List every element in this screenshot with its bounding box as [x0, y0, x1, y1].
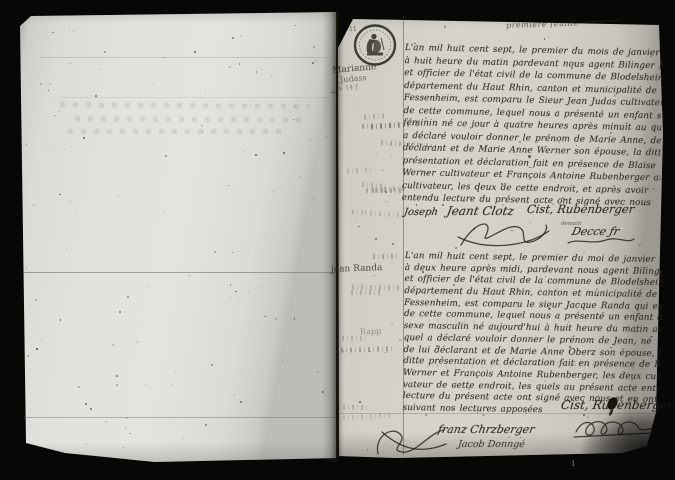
- bleed-smudge: [415, 291, 461, 296]
- paper-speck: [528, 155, 530, 157]
- paper-speck: [509, 267, 510, 268]
- signature: Jacob Donngé: [457, 439, 525, 450]
- paper-speck: [508, 436, 510, 438]
- signature-paraph: [372, 424, 450, 458]
- paper-speck: [482, 414, 484, 416]
- paper-speck: [584, 86, 585, 87]
- paper-speck: [313, 46, 315, 48]
- signature: Joseph: [403, 207, 438, 218]
- paper-speck: [454, 385, 456, 387]
- paper-speck: [271, 76, 272, 77]
- paper-speck: [399, 339, 400, 340]
- paper-speck: [232, 37, 234, 39]
- paper-speck: [596, 288, 598, 290]
- paper-speck: [229, 66, 231, 68]
- paper-speck: [545, 276, 546, 277]
- paper-speck: [49, 83, 51, 85]
- register-scan: 11 première feuille Marianne Judass № 14…: [0, 0, 675, 480]
- paper-speck: [559, 142, 560, 143]
- paper-speck: [390, 156, 391, 157]
- paper-speck: [473, 309, 474, 310]
- paper-speck: [614, 94, 616, 96]
- paper-speck: [67, 367, 68, 368]
- margin-note-act1: Marianne Judass № 14 ƒ: [332, 62, 378, 93]
- paper-speck: [431, 394, 432, 395]
- paper-speck: [322, 391, 324, 393]
- paper-speck: [425, 117, 427, 119]
- paper-speck: [639, 244, 641, 246]
- paper-speck: [525, 412, 527, 414]
- paper-speck: [385, 201, 386, 202]
- paper-speck: [382, 169, 384, 171]
- paper-speck: [653, 188, 654, 189]
- paper-speck: [129, 433, 130, 434]
- paper-speck: [375, 397, 376, 398]
- paper-speck: [315, 60, 316, 61]
- paper-speck: [458, 73, 459, 74]
- paper-speck: [59, 293, 60, 294]
- signature: Cist, Rubenberger: [526, 202, 635, 216]
- paper-speck: [283, 152, 285, 154]
- paper-speck: [50, 146, 51, 147]
- signature: franz Chrzberger: [437, 423, 536, 436]
- revenue-stamp-icon: [353, 24, 397, 66]
- paper-speck: [453, 284, 455, 286]
- paper-speck: [36, 348, 38, 350]
- fold-line: [24, 272, 336, 273]
- bleed-smudge: [343, 405, 370, 410]
- paper-speck: [471, 402, 472, 403]
- paper-speck: [335, 66, 337, 68]
- paper-speck: [240, 401, 242, 403]
- paper-speck: [568, 321, 569, 322]
- paper-speck: [392, 243, 394, 245]
- signature: Jeant Clotz: [446, 204, 515, 218]
- paper-speck: [477, 412, 478, 413]
- fold-line: [24, 417, 336, 418]
- paper-speck: [634, 97, 635, 98]
- paper-speck: [27, 355, 28, 356]
- paper-speck: [48, 90, 49, 91]
- paper-speck: [145, 384, 146, 385]
- paper-speck: [610, 132, 612, 134]
- paper-speck: [473, 228, 475, 230]
- paper-speck: [76, 215, 77, 216]
- paper-speck: [602, 187, 603, 188]
- paper-speck: [261, 285, 262, 286]
- paper-speck: [59, 111, 60, 112]
- paper-speck: [148, 287, 149, 288]
- paper-speck: [604, 68, 605, 69]
- paper-speck: [312, 62, 314, 64]
- bleed-smudge: [341, 346, 394, 353]
- fold-line: [60, 97, 330, 98]
- paper-speck: [55, 115, 56, 116]
- paper-speck: [119, 311, 121, 313]
- paper-speck: [95, 95, 97, 97]
- paper-speck: [367, 27, 368, 28]
- paper-speck: [239, 63, 241, 65]
- paper-speck: [116, 375, 118, 377]
- paper-speck: [273, 191, 274, 192]
- paper-speck: [571, 67, 572, 68]
- paper-speck: [583, 251, 585, 253]
- paper-speck: [127, 296, 129, 298]
- paper-speck: [562, 197, 564, 199]
- paper-speck: [116, 384, 118, 386]
- paper-speck: [125, 427, 126, 428]
- paper-speck: [83, 137, 84, 138]
- paper-speck: [112, 344, 114, 346]
- paper-speck: [534, 281, 536, 283]
- bleed-smudge: [351, 290, 380, 295]
- paper-speck: [178, 95, 179, 96]
- paper-speck: [519, 141, 521, 143]
- paper-speck: [218, 87, 219, 88]
- paper-speck: [33, 204, 35, 206]
- margin-cross-mark: +: [330, 88, 337, 97]
- paper-speck: [70, 63, 71, 64]
- paper-speck: [163, 57, 164, 58]
- paper-speck: [508, 410, 509, 411]
- paper-speck: [293, 119, 294, 120]
- paper-speck: [376, 154, 377, 155]
- paper-speck: [255, 154, 257, 156]
- bleed-smudge: [342, 336, 368, 341]
- bleed-smudge: [373, 254, 398, 260]
- paper-speck: [309, 139, 311, 141]
- fold-line: [40, 57, 330, 58]
- margin-note-act2: jean Randa: [331, 263, 383, 275]
- paper-speck: [571, 291, 572, 292]
- paper-speck: [565, 189, 566, 190]
- paper-speck: [201, 125, 203, 127]
- paper-speck: [436, 345, 438, 347]
- paper-speck: [477, 190, 479, 192]
- paper-speck: [275, 318, 277, 320]
- paper-speck: [228, 185, 229, 186]
- paper-speck: [510, 130, 511, 131]
- paper-speck: [205, 93, 206, 94]
- paper-speck: [35, 299, 37, 301]
- paper-speck: [375, 238, 377, 240]
- paper-speck: [85, 403, 87, 405]
- bleed-smudge: [68, 129, 288, 134]
- paper-speck: [141, 324, 142, 325]
- corner-shadow: [580, 408, 670, 460]
- signature-underline: [566, 236, 636, 246]
- paper-speck: [264, 316, 265, 317]
- paper-speck: [414, 43, 416, 45]
- paper-speck: [450, 261, 451, 262]
- paper-speck: [537, 142, 538, 143]
- paper-speck: [211, 364, 213, 366]
- paper-speck: [631, 379, 633, 381]
- bleed-smudge: [520, 360, 604, 366]
- signature-paraph: [456, 217, 552, 251]
- paper-speck: [633, 313, 634, 314]
- paper-speck: [313, 198, 314, 199]
- left-page: [20, 12, 337, 462]
- paper-speck: [281, 172, 282, 173]
- paper-speck: [422, 271, 424, 273]
- paper-speck: [394, 276, 395, 277]
- paper-speck: [455, 247, 457, 249]
- paper-speck: [41, 339, 42, 340]
- paper-speck: [569, 346, 571, 348]
- paper-speck: [374, 275, 375, 276]
- paper-speck: [488, 303, 489, 304]
- act1-body: L'an mil huit cent sept, le premier du m…: [402, 42, 663, 210]
- paper-speck: [546, 306, 547, 307]
- paper-speck: [230, 297, 231, 298]
- paper-speck: [237, 299, 238, 300]
- paper-speck: [105, 421, 107, 423]
- paper-speck: [576, 145, 577, 146]
- paper-speck: [295, 25, 296, 26]
- page-number: 1: [571, 460, 575, 468]
- paper-speck: [232, 252, 233, 253]
- paper-speck: [583, 414, 585, 416]
- paper-speck: [587, 416, 589, 418]
- paper-speck: [503, 375, 504, 376]
- bleed-smudge: [426, 362, 511, 368]
- paper-speck: [104, 51, 106, 53]
- paper-speck: [468, 388, 470, 390]
- paper-speck: [248, 291, 249, 292]
- paper-speck: [183, 438, 184, 439]
- margin-note-faint: Rapp: [360, 326, 382, 336]
- paper-speck: [507, 426, 508, 427]
- act2-body: L'an mil huit cent sept, le premier du m…: [402, 251, 663, 419]
